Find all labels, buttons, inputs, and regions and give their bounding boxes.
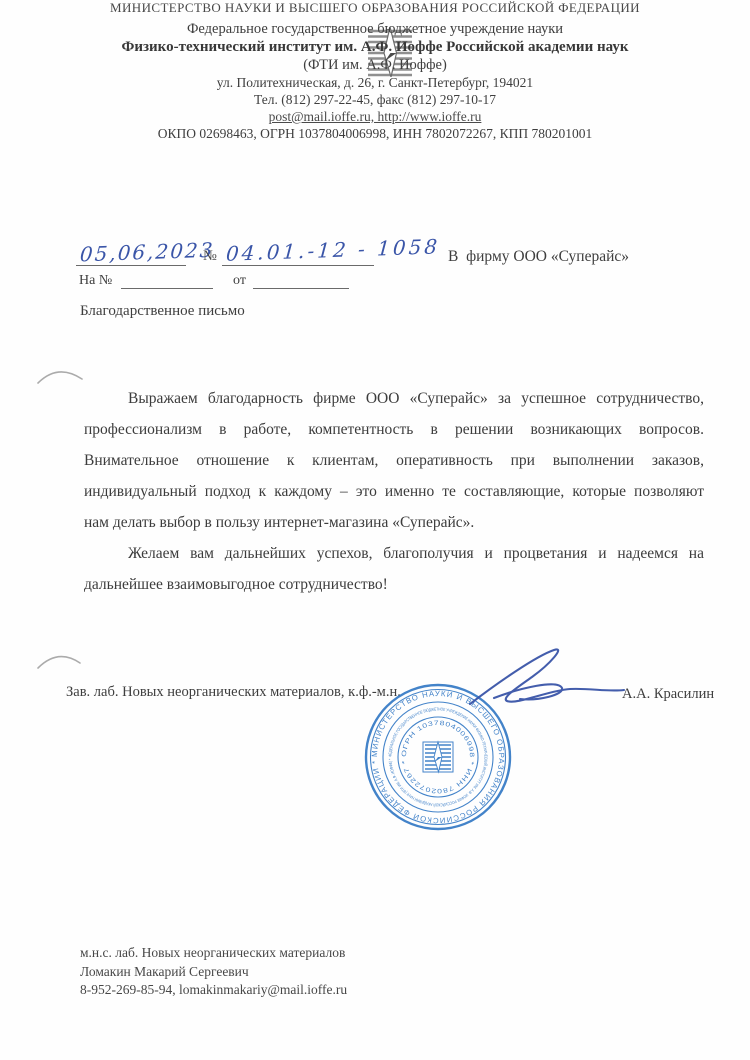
letter-page: МИНИСТЕРСТВО НАУКИ И ВЫСШЕГО ОБРАЗОВАНИЯ… xyxy=(0,0,750,1060)
email-line: post@mail.ioffe.ru, http://www.ioffe.ru xyxy=(0,109,750,125)
number-underline xyxy=(222,265,374,266)
ot-label: от xyxy=(233,273,246,289)
stamp-center-logo xyxy=(423,742,453,772)
contact-block: м.н.с. лаб. Новых неорганических материа… xyxy=(80,944,347,1000)
institute-abbr: (ФТИ им. А.Ф. Иоффе) xyxy=(0,57,750,73)
number-sign: № xyxy=(203,248,217,265)
handwritten-signature xyxy=(448,638,643,718)
institute-name: Физико-технический институт им. А.Ф. Иоф… xyxy=(0,39,750,55)
na-number-label: На № xyxy=(79,273,112,289)
body-line: Выражаем благодарность фирме ООО «Супера… xyxy=(84,383,704,414)
ot-underline xyxy=(253,288,349,289)
letter-body: Выражаем благодарность фирме ООО «Супера… xyxy=(84,383,704,600)
handwritten-date: 05,06,2023 xyxy=(79,238,215,267)
org-type-line: Федеральное государственное бюджетное уч… xyxy=(0,21,750,37)
body-line: Желаем вам дальнейших успехов, благополу… xyxy=(84,538,704,569)
ministry-line: МИНИСТЕРСТВО НАУКИ И ВЫСШЕГО ОБРАЗОВАНИЯ… xyxy=(0,0,750,16)
recipient-line: В фирму ООО «Суперайс» xyxy=(448,248,629,266)
contact-phone-email: 8-952-269-85-94, lomakinmakariy@mail.iof… xyxy=(80,981,347,1000)
subject-line: Благодарственное письмо xyxy=(80,303,245,320)
body-line: дальнейшее взаимовыгодное сотрудничество… xyxy=(84,569,704,600)
pencil-mark-top xyxy=(30,355,90,395)
body-line: индивидуальный подход к каждому – это им… xyxy=(84,476,704,507)
address-line: ул. Политехническая, д. 26, г. Санкт-Пет… xyxy=(0,75,750,91)
letterhead: МИНИСТЕРСТВО НАУКИ И ВЫСШЕГО ОБРАЗОВАНИЯ… xyxy=(0,0,750,142)
pencil-mark-bottom xyxy=(28,640,88,680)
body-line: профессионализм в работе, компетентность… xyxy=(84,414,704,445)
codes-line: ОКПО 02698463, ОГРН 1037804006998, ИНН 7… xyxy=(0,126,750,142)
body-line: нам делать выбор в пользу интернет-магаз… xyxy=(84,507,704,538)
contact-name: Ломакин Макарий Сергеевич xyxy=(80,963,347,982)
contact-position: м.н.с. лаб. Новых неорганических материа… xyxy=(80,944,347,963)
handwritten-number: 04.01.-12 - 1058 xyxy=(225,234,441,266)
date-underline xyxy=(76,265,186,266)
na-number-underline xyxy=(121,288,213,289)
body-line: Внимательное отношение к клиентам, опера… xyxy=(84,445,704,476)
phone-line: Тел. (812) 297-22-45, факс (812) 297-10-… xyxy=(0,92,750,108)
